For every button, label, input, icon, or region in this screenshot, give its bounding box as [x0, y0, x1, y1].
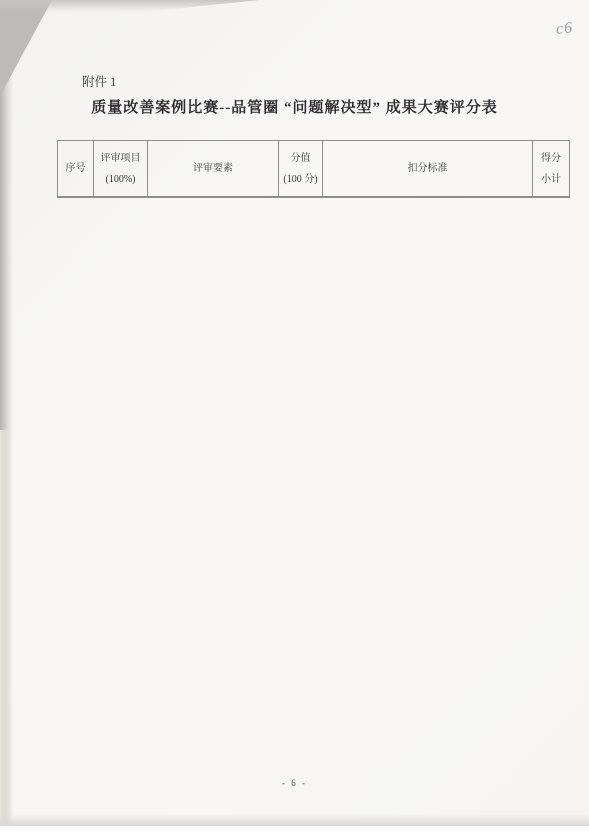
attachment-label: 附件 1: [82, 72, 116, 90]
header-score: 分值 (100 分): [279, 141, 323, 197]
header-review-item: 评审项目 (100%): [94, 141, 148, 197]
header-score-total-label: (100 分): [283, 169, 317, 190]
scan-edge-left-lower: [0, 430, 11, 832]
header-subtotal-label2: 小计: [541, 169, 561, 190]
header-subtotal-label1: 得分: [541, 148, 561, 169]
header-deduction-label: 扣分标准: [408, 158, 448, 179]
header-item-label: 评审项目: [101, 148, 141, 169]
header-deduction: 扣分标准: [323, 141, 533, 197]
header-subtotal: 得分 小计: [533, 141, 569, 197]
scan-edge-bottom-shadow: [0, 814, 589, 826]
header-elements-label: 评审要素: [193, 158, 233, 179]
header-review-elements: 评审要素: [148, 141, 279, 197]
table-header-row: 序号 评审项目 (100%) 评审要素 分值 (100 分) 扣分标准 得分 小…: [58, 141, 569, 197]
scan-edge-bottom: [0, 826, 589, 832]
page-number: - 6 -: [0, 778, 589, 788]
header-index: 序号: [58, 141, 94, 197]
scan-edge-top: [0, 0, 260, 12]
score-table: 序号 评审项目 (100%) 评审要素 分值 (100 分) 扣分标准 得分 小…: [57, 140, 570, 198]
header-item-pct-label: (100%): [106, 169, 136, 190]
handwritten-mark: c6: [555, 19, 574, 38]
page-title: 质量改善案例比赛--品管圈 “问题解决型” 成果大赛评分表: [40, 96, 549, 117]
scan-edge-corner: [0, 0, 52, 96]
header-score-label: 分值: [291, 148, 311, 169]
header-index-label: 序号: [66, 158, 86, 179]
scanned-page: c6 附件 1 质量改善案例比赛--品管圈 “问题解决型” 成果大赛评分表 序号…: [0, 0, 589, 832]
